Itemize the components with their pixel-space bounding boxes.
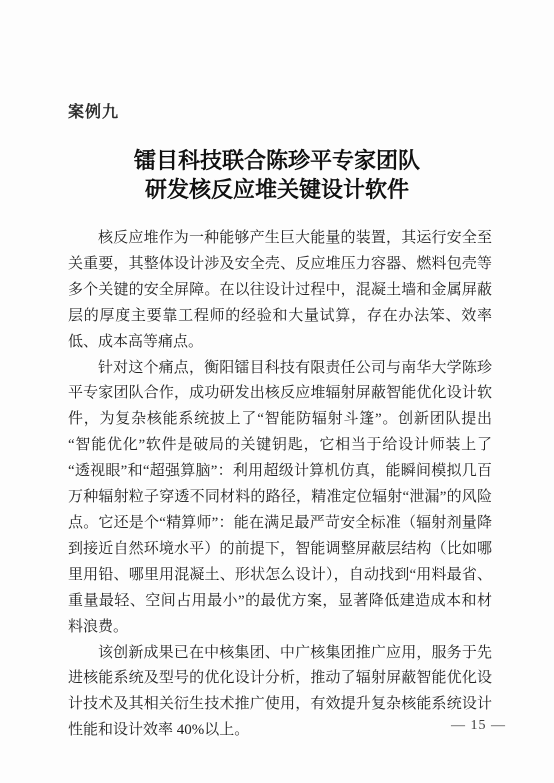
page-number: — 15 — <box>451 718 506 734</box>
document-title: 镭目科技联合陈珍平专家团队 研发核反应堆关键设计软件 <box>64 146 490 204</box>
body-paragraph-3: 该创新成果已在中核集团、中广核集团推广应用，服务于先进核能系统及型号的优化设计分… <box>68 641 492 745</box>
body-paragraph-2: 针对这个痛点，衡阳镭目科技有限责任公司与南华大学陈珍平专家团队合作，成功研发出核… <box>68 356 492 641</box>
case-label: 案例九 <box>68 99 119 122</box>
document-title-line-1: 镭目科技联合陈珍平专家团队 <box>64 146 490 175</box>
body-paragraph-1: 核反应堆作为一种能够产生巨大能量的装置，其运行安全至关重要，其整体设计涉及安全壳… <box>68 226 492 356</box>
document-title-line-2: 研发核反应堆关键设计软件 <box>64 175 490 204</box>
document-page: 案例九 镭目科技联合陈珍平专家团队 研发核反应堆关键设计软件 核反应堆作为一种能… <box>0 0 554 783</box>
document-body: 核反应堆作为一种能够产生巨大能量的装置，其运行安全至关重要，其整体设计涉及安全壳… <box>68 226 492 744</box>
